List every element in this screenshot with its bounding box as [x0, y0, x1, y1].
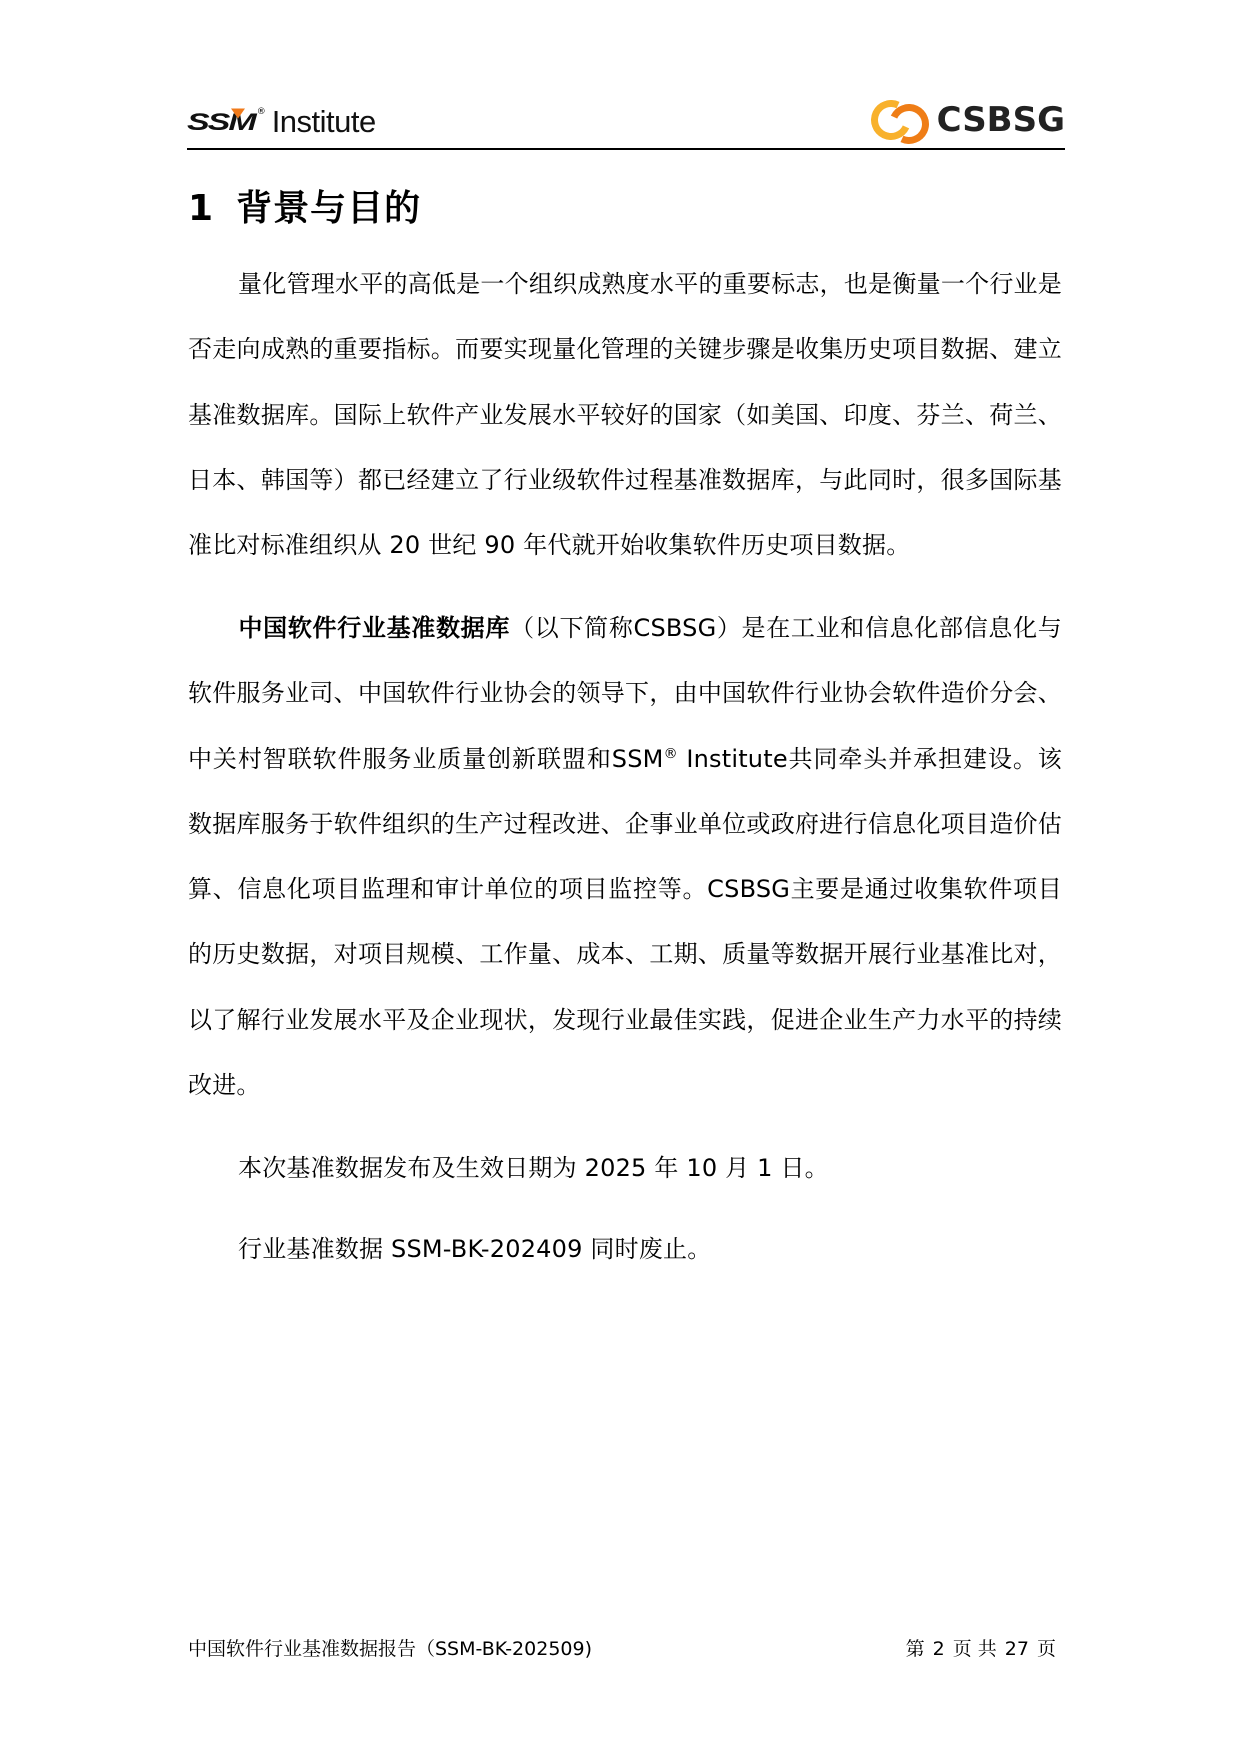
csbsg-logo: CSBSG [871, 98, 1065, 142]
page-label: 第 [906, 1638, 925, 1660]
footer-report-title: 中国软件行业基准数据报告（SSM-BK-202509) [188, 1634, 592, 1661]
paragraph-csbsg-intro: 中国软件行业基准数据库（以下简称CSBSG）是在工业和信息化部信息化与软件服务业… [188, 596, 1062, 1118]
ssm-logo-text: Institute [272, 104, 376, 140]
paragraph-text: 量化管理水平的高低是一个组织成熟度水平的重要标志，也是衡量一个行业是否走向成熟的… [188, 270, 1062, 559]
ssm-institute-logo: SSM ® Institute [187, 102, 376, 142]
paragraph-background: 量化管理水平的高低是一个组织成熟度水平的重要标志，也是衡量一个行业是否走向成熟的… [188, 252, 1062, 578]
registered-mark: ® [257, 107, 266, 117]
page-footer: 中国软件行业基准数据报告（SSM-BK-202509) 第2页 共27页 [188, 1634, 1060, 1661]
paragraph-effective-date: 本次基准数据发布及生效日期为 2025 年 10 月 1 日。 [188, 1136, 1062, 1201]
total-pages: 27 [1005, 1638, 1029, 1660]
page-label: 页 共 [953, 1638, 997, 1660]
page-number: 第2页 共27页 [902, 1634, 1060, 1661]
section-number: 1 [188, 188, 214, 229]
section-title: 背景与目的 [236, 188, 421, 229]
paragraph-text: 本次基准数据发布及生效日期为 2025 年 10 月 1 日。 [238, 1154, 829, 1182]
paragraph-text: 行业基准数据 SSM-BK-202409 同时废止。 [238, 1235, 711, 1263]
csbsg-logo-text: CSBSG [937, 100, 1065, 140]
ssm-logo-mark: SSM [187, 108, 255, 136]
paragraph-text: Institute共同牵头并承担建设。该数据库服务于软件组织的生产过程改进、企事… [188, 745, 1062, 1099]
section-heading: 1背景与目的 [188, 180, 421, 231]
orange-triangle-icon [231, 108, 245, 118]
interlocked-rings-icon [871, 100, 929, 140]
page-header: SSM ® Institute CSBSG [187, 92, 1065, 148]
paragraph-deprecation: 行业基准数据 SSM-BK-202409 同时废止。 [188, 1217, 1062, 1282]
header-divider [187, 148, 1065, 150]
current-page: 2 [933, 1638, 945, 1660]
page-label: 页 [1037, 1638, 1056, 1660]
csbsg-full-name: 中国软件行业基准数据库 [238, 614, 510, 642]
registered-mark: ® [664, 746, 678, 762]
